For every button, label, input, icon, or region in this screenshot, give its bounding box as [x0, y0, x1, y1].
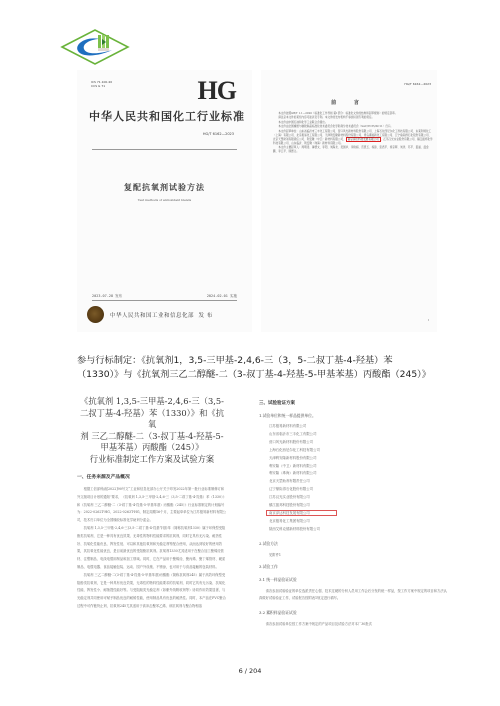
release-date: 2023-07-28 发布	[92, 294, 122, 299]
list-item: 北京极易化工集团有限公司	[269, 518, 449, 526]
subsection-3-2-title: 3.2 累积样品验证试验	[259, 610, 449, 616]
paragraph: 请各参加试验验证的单位选派责任心强、技术过硬的分析人员用工作会后分发的统一样品，…	[259, 588, 449, 604]
paragraph: 抗氧剂 1,3,5-三甲基-2,4,6-三(3,5-二叔丁基-4-羟基苄基)苯（…	[77, 525, 227, 572]
list-item: 镇江振邦科技股份有限公司	[269, 502, 449, 510]
standard-code: HG/T 6162—2023	[404, 82, 431, 86]
foreword-body: 本文件按照GB/T 1.1—2020《标准化工作导则 第1部分：标准化文件的结构…	[273, 112, 433, 154]
document-title: 复配抗氧剂试验方法	[77, 182, 252, 193]
left-column: 《抗氧剂 1,3,5-三甲基-2,4,6-三（3,5- 二叔丁基-4-羟基）苯（…	[77, 390, 227, 611]
subsection-3-title: 3.试验工作	[259, 564, 449, 570]
list-item: 上海石化西尼尔化工科技有限公司	[269, 447, 449, 455]
paragraph: 请各参加试验单位按工作方案中规定的产品项目及试验方法对本厂30批次	[259, 621, 449, 629]
work-plan-heading: 《抗氧剂 1,3,5-三甲基-2,4,6-三（3,5- 二叔丁基-4-羟基）苯（…	[77, 396, 227, 465]
subsection-2-title: 2.试验方法	[259, 541, 449, 547]
page-number: I	[428, 318, 429, 322]
list-item: 江苏汉光实业股份有限公司	[269, 494, 449, 502]
subsection-2-note: 见附件1	[269, 552, 449, 557]
list-item: 营口风光新材料股份有限公司	[269, 439, 449, 447]
list-item: 利安隆（中卫）新材料有限公司	[269, 463, 449, 471]
section-1-title: 一、任务来源及产品概况	[77, 473, 227, 480]
hg-standard-logo-icon	[60, 28, 130, 66]
list-item: 北京天罡助剂有限责任公司	[269, 478, 449, 486]
paragraph: 抗氧剂 三乙二醇醚-二(3-叔丁基-4-羟基-5-甲基苯基)丙酸酯（简称抗氧剂2…	[77, 572, 227, 611]
subsection-3-1-title: 3.1 统一样品验证试验	[259, 577, 449, 583]
highlighted-company: 南京泽达科技发展有限公司	[346, 137, 381, 142]
list-item: 天津利安隆新材料股份有限公司	[269, 455, 449, 463]
publisher: 中华人民共和国工业和信息化部 发 布	[87, 306, 213, 323]
right-column: 三、试验验证方案 1.试验单位和统一样品提供单位。 江苏极易新材料有限公司 山东…	[259, 390, 449, 629]
list-item: 山东省临沂市三丰化工有限公司	[269, 431, 449, 439]
subsection-1-title: 1.试验单位和统一样品提供单位。	[259, 413, 449, 419]
ics-code: ICS 71.100.40 CCS G 71	[91, 80, 112, 88]
date-row: 2023-07-28 发布 2024-02-01 实施	[92, 294, 237, 301]
foreword-title: 前 言	[261, 99, 437, 106]
divider	[92, 149, 237, 150]
standard-type-title: 中华人民共和国化工行业标准	[89, 108, 245, 124]
list-item: 辽宁鼎际得石化股份有限公司	[269, 486, 449, 494]
paragraph: 根据工信部科函[2022]90号文“工业和信息化部办公厅关于印发2022年第一批…	[77, 486, 227, 525]
list-item-highlighted: 南京泽达科技发展有限公司	[269, 510, 449, 518]
list-item: 江苏极易新材料有限公司	[269, 423, 449, 431]
work-plan-page: 《抗氧剂 1,3,5-三甲基-2,4,6-三（3,5- 二叔丁基-4-羟基）苯（…	[77, 390, 457, 660]
page-counter: 6 / 204	[0, 667, 500, 675]
implement-date: 2024-02-01 实施	[207, 294, 237, 299]
publisher-name: 中华人民共和国工业和信息化部 发 布	[110, 311, 213, 319]
hg-mark: HG	[198, 76, 236, 106]
standard-cover-page: ICS 71.100.40 CCS G 71 HG 中华人民共和国化工行业标准 …	[77, 70, 252, 332]
document-title-en: Test methods of antioxidant blends	[77, 198, 252, 202]
participation-caption: 参与行标制定：《抗氧剂1，3,5-三甲基-2,4,6-三（3，5-二叔丁基-4-…	[77, 354, 457, 382]
test-unit-list: 江苏极易新材料有限公司 山东省临沂市三丰化工有限公司 营口风光新材料股份有限公司…	[269, 423, 449, 534]
section-3-title: 三、试验验证方案	[259, 400, 449, 406]
foreword-page: HG/T 6162—2023 前 言 本文件按照GB/T 1.1—2020《标准…	[261, 70, 437, 332]
national-emblem-icon	[87, 306, 104, 323]
standard-code: HG/T 6162—2023	[203, 132, 234, 136]
list-item: 陕西艾科克德新材料股份有限公司	[269, 526, 449, 534]
list-item: 利安隆（珠海）新材料有限公司	[269, 470, 449, 478]
